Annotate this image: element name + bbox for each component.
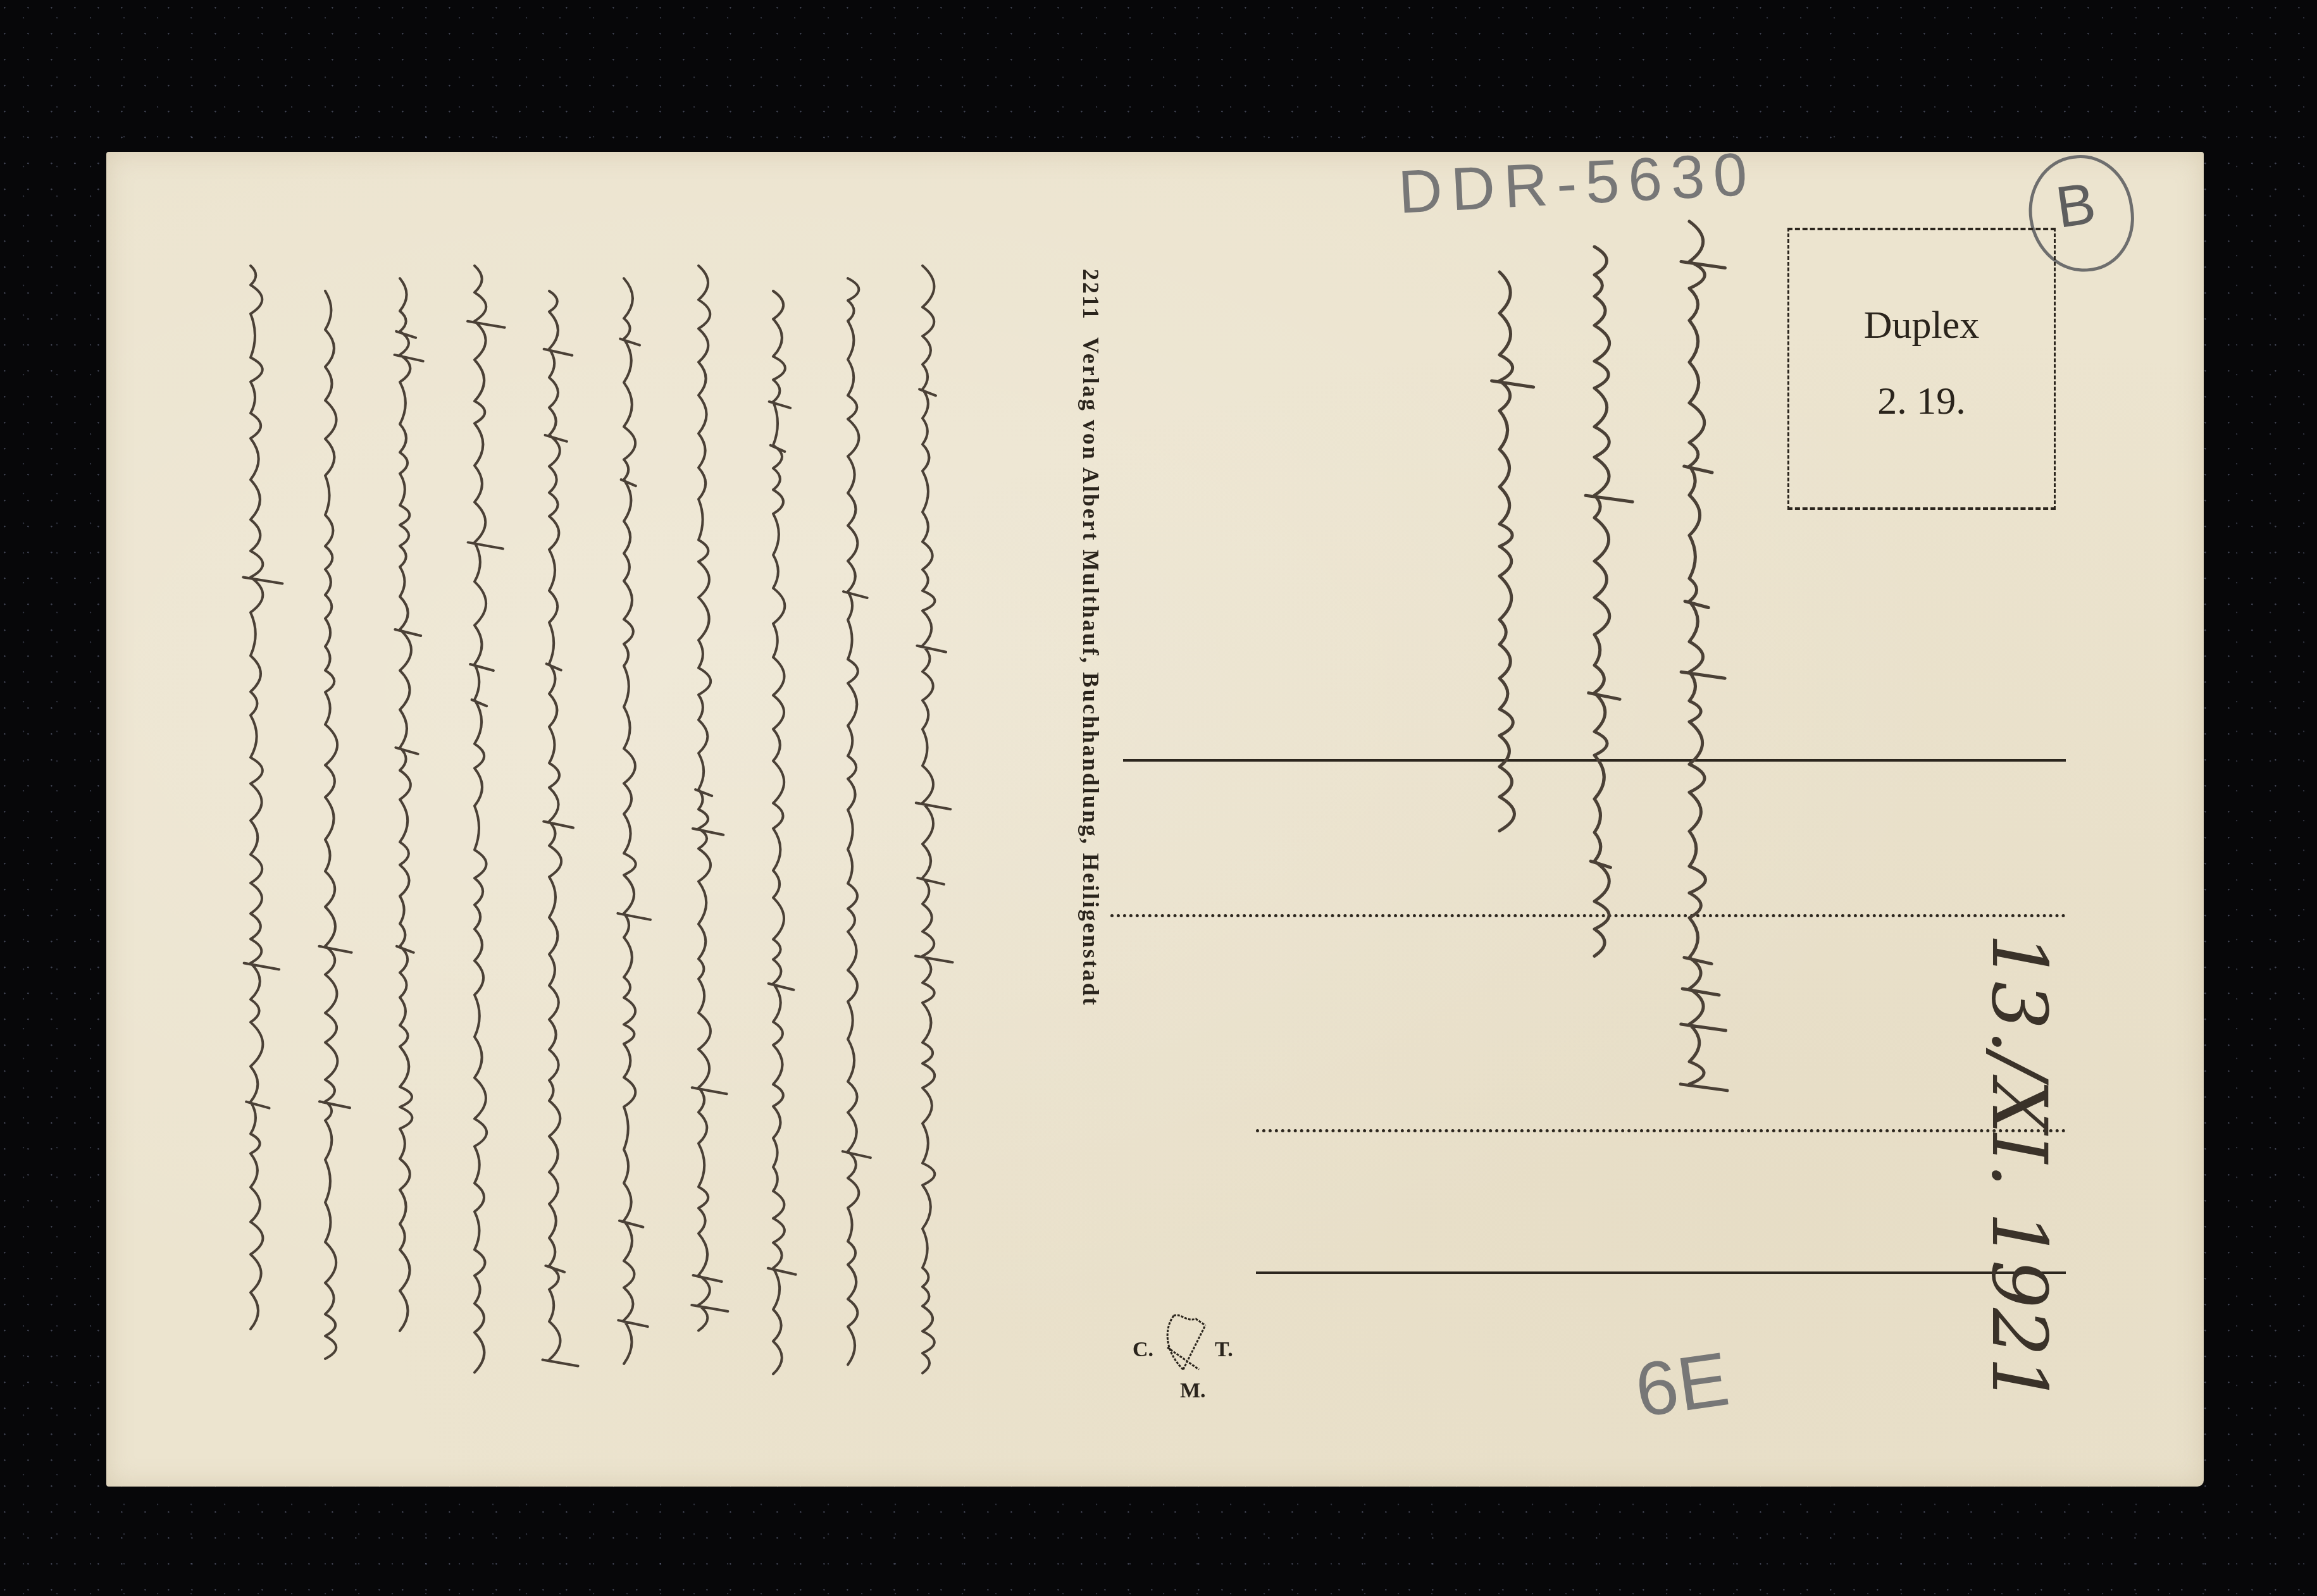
handwritten-message xyxy=(106,152,1005,1487)
logo-letter-t: T. xyxy=(1215,1338,1233,1362)
stamp-box-label: Duplex xyxy=(1789,303,2054,348)
stamp-box: Duplex 2. 19. xyxy=(1787,228,2056,510)
publisher-imprint: 2211Verlag von Albert Multhauf, Buchhand… xyxy=(1078,269,1104,1024)
handwritten-address xyxy=(1424,209,1740,1284)
handwritten-date: 13./XI. 1921 xyxy=(1975,933,2063,1405)
logo-letter-c: C. xyxy=(1133,1338,1153,1362)
stamp-box-code: 2. 19. xyxy=(1789,379,2054,424)
imprint-number: 2211 xyxy=(1078,269,1103,321)
imprint-text: Verlag von Albert Multhauf, Buchhandlung… xyxy=(1078,337,1103,1007)
circled-letter: B xyxy=(2052,170,2099,242)
publisher-logo: C. T. M. xyxy=(1133,1309,1246,1404)
logo-emblem-icon xyxy=(1161,1309,1212,1373)
pencil-code: 6E xyxy=(1630,1335,1734,1434)
logo-letter-m: M. xyxy=(1180,1379,1206,1403)
